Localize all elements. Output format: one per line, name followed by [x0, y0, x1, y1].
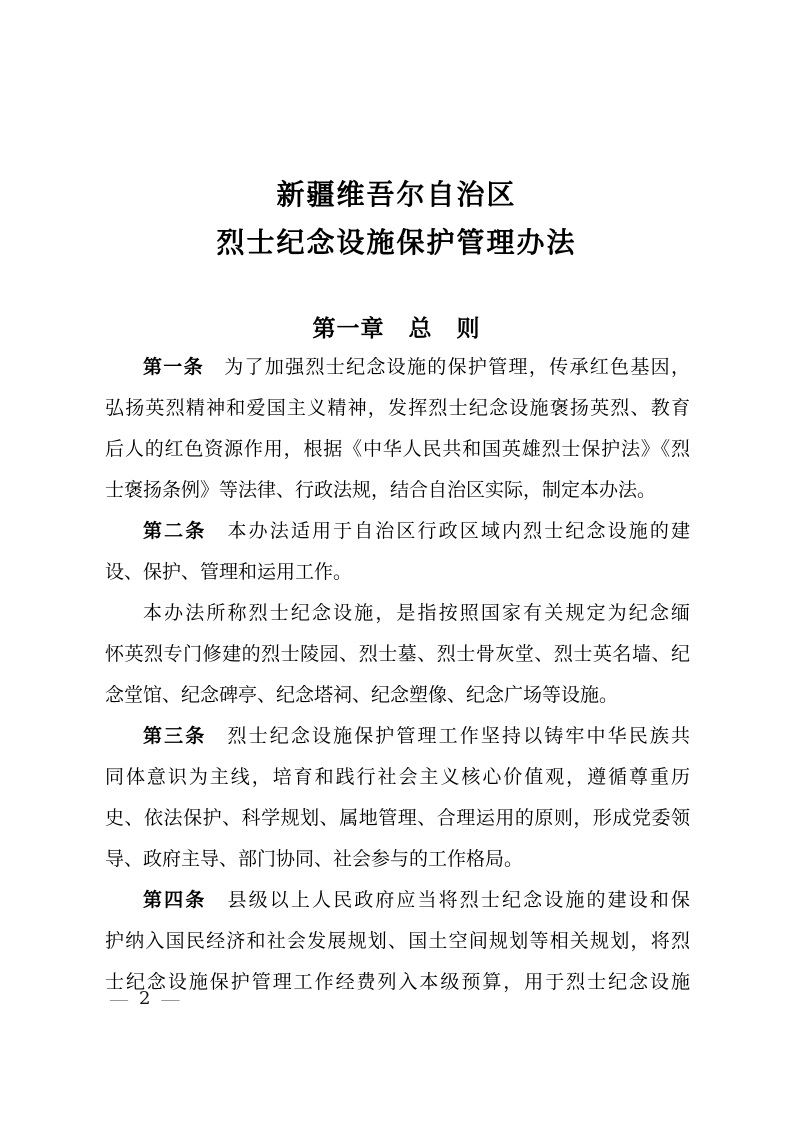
text-line: 士纪念设施保护管理工作经费列入本级预算，用于烈士纪念设施: [105, 962, 690, 1003]
article-number: 第三条: [143, 726, 206, 747]
text-segment: 念堂馆、纪念碑亭、纪念塔祠、纪念塑像、纪念广场等设施。: [105, 685, 618, 706]
footer-dash-left: —: [110, 988, 128, 1010]
document-body: 第一条 为了加强烈士纪念设施的保护管理，传承红色基因，弘扬英烈精神和爱国主义精神…: [105, 347, 690, 1003]
text-line: 第三条 烈士纪念设施保护管理工作坚持以铸牢中华民族共: [105, 716, 690, 757]
text-line: 第四条 县级以上人民政府应当将烈士纪念设施的建设和保: [105, 880, 690, 921]
page-number: 2: [139, 988, 150, 1010]
text-segment: 导、政府主导、部门协同、社会参与的工作格局。: [105, 849, 523, 870]
text-segment: 同体意识为主线，培育和践行社会主义核心价值观，遵循尊重历: [105, 767, 690, 788]
chapter-heading: 第一章 总 则: [0, 316, 793, 340]
text-segment: 史、依法保护、科学规划、属地管理、合理运用的原则，形成党委领: [105, 808, 690, 829]
text-line: 第一条 为了加强烈士纪念设施的保护管理，传承红色基因，: [105, 347, 690, 388]
text-segment: 怀英烈专门修建的烈士陵园、烈士墓、烈士骨灰堂、烈士英名墙、纪: [105, 644, 690, 665]
text-segment: 设、保护、管理和运用工作。: [105, 562, 352, 583]
text-segment: 后人的红色资源作用，根据《中华人民共和国英雄烈士保护法》《烈: [105, 439, 690, 460]
text-segment: 县级以上人民政府应当将烈士纪念设施的建设和保: [206, 890, 690, 911]
text-segment: 士褒扬条例》等法律、行政法规，结合自治区实际，制定本办法。: [105, 480, 656, 501]
text-segment: 护纳入国民经济和社会发展规划、国土空间规划等相关规划，将烈: [105, 931, 690, 952]
text-segment: 为了加强烈士纪念设施的保护管理，传承红色基因，: [204, 357, 690, 378]
document-title-line-2: 烈士纪念设施保护管理办法: [0, 220, 793, 268]
text-line: 本办法所称烈士纪念设施，是指按照国家有关规定为纪念缅: [105, 593, 690, 634]
text-line: 士褒扬条例》等法律、行政法规，结合自治区实际，制定本办法。: [105, 470, 690, 511]
text-segment: 士纪念设施保护管理工作经费列入本级预算，用于烈士纪念设施: [105, 972, 690, 993]
text-line: 史、依法保护、科学规划、属地管理、合理运用的原则，形成党委领: [105, 798, 690, 839]
article-3: 第三条 烈士纪念设施保护管理工作坚持以铸牢中华民族共同体意识为主线，培育和践行社…: [105, 716, 690, 880]
text-segment: 本办法所称烈士纪念设施，是指按照国家有关规定为纪念缅: [143, 603, 690, 624]
text-segment: 烈士纪念设施保护管理工作坚持以铸牢中华民族共: [206, 726, 690, 747]
document-page: 新疆维吾尔自治区 烈士纪念设施保护管理办法 第一章 总 则 第一条 为了加强烈士…: [0, 0, 793, 1122]
footer-dash-right: —: [161, 988, 179, 1010]
text-line: 护纳入国民经济和社会发展规划、国土空间规划等相关规划，将烈: [105, 921, 690, 962]
article-4: 第四条 县级以上人民政府应当将烈士纪念设施的建设和保护纳入国民经济和社会发展规划…: [105, 880, 690, 1003]
text-line: 怀英烈专门修建的烈士陵园、烈士墓、烈士骨灰堂、烈士英名墙、纪: [105, 634, 690, 675]
article-1: 第一条 为了加强烈士纪念设施的保护管理，传承红色基因，弘扬英烈精神和爱国主义精神…: [105, 347, 690, 511]
text-segment: 本办法适用于自治区行政区域内烈士纪念设施的建: [206, 521, 690, 542]
text-line: 后人的红色资源作用，根据《中华人民共和国英雄烈士保护法》《烈: [105, 429, 690, 470]
document-title: 新疆维吾尔自治区 烈士纪念设施保护管理办法: [0, 0, 793, 268]
document-title-line-1: 新疆维吾尔自治区: [0, 172, 793, 220]
text-line: 同体意识为主线，培育和践行社会主义核心价值观，遵循尊重历: [105, 757, 690, 798]
text-line: 设、保护、管理和运用工作。: [105, 552, 690, 593]
text-line: 导、政府主导、部门协同、社会参与的工作格局。: [105, 839, 690, 880]
text-segment: 弘扬英烈精神和爱国主义精神，发挥烈士纪念设施褒扬英烈、教育: [105, 398, 690, 419]
text-line: 第二条 本办法适用于自治区行政区域内烈士纪念设施的建: [105, 511, 690, 552]
article-2-definition: 本办法所称烈士纪念设施，是指按照国家有关规定为纪念缅怀英烈专门修建的烈士陵园、烈…: [105, 593, 690, 716]
page-footer: — 2 —: [110, 988, 179, 1010]
article-2: 第二条 本办法适用于自治区行政区域内烈士纪念设施的建设、保护、管理和运用工作。: [105, 511, 690, 593]
article-number: 第四条: [143, 890, 206, 911]
text-line: 念堂馆、纪念碑亭、纪念塔祠、纪念塑像、纪念广场等设施。: [105, 675, 690, 716]
article-number: 第一条: [143, 357, 204, 378]
article-number: 第二条: [143, 521, 206, 542]
text-line: 弘扬英烈精神和爱国主义精神，发挥烈士纪念设施褒扬英烈、教育: [105, 388, 690, 429]
